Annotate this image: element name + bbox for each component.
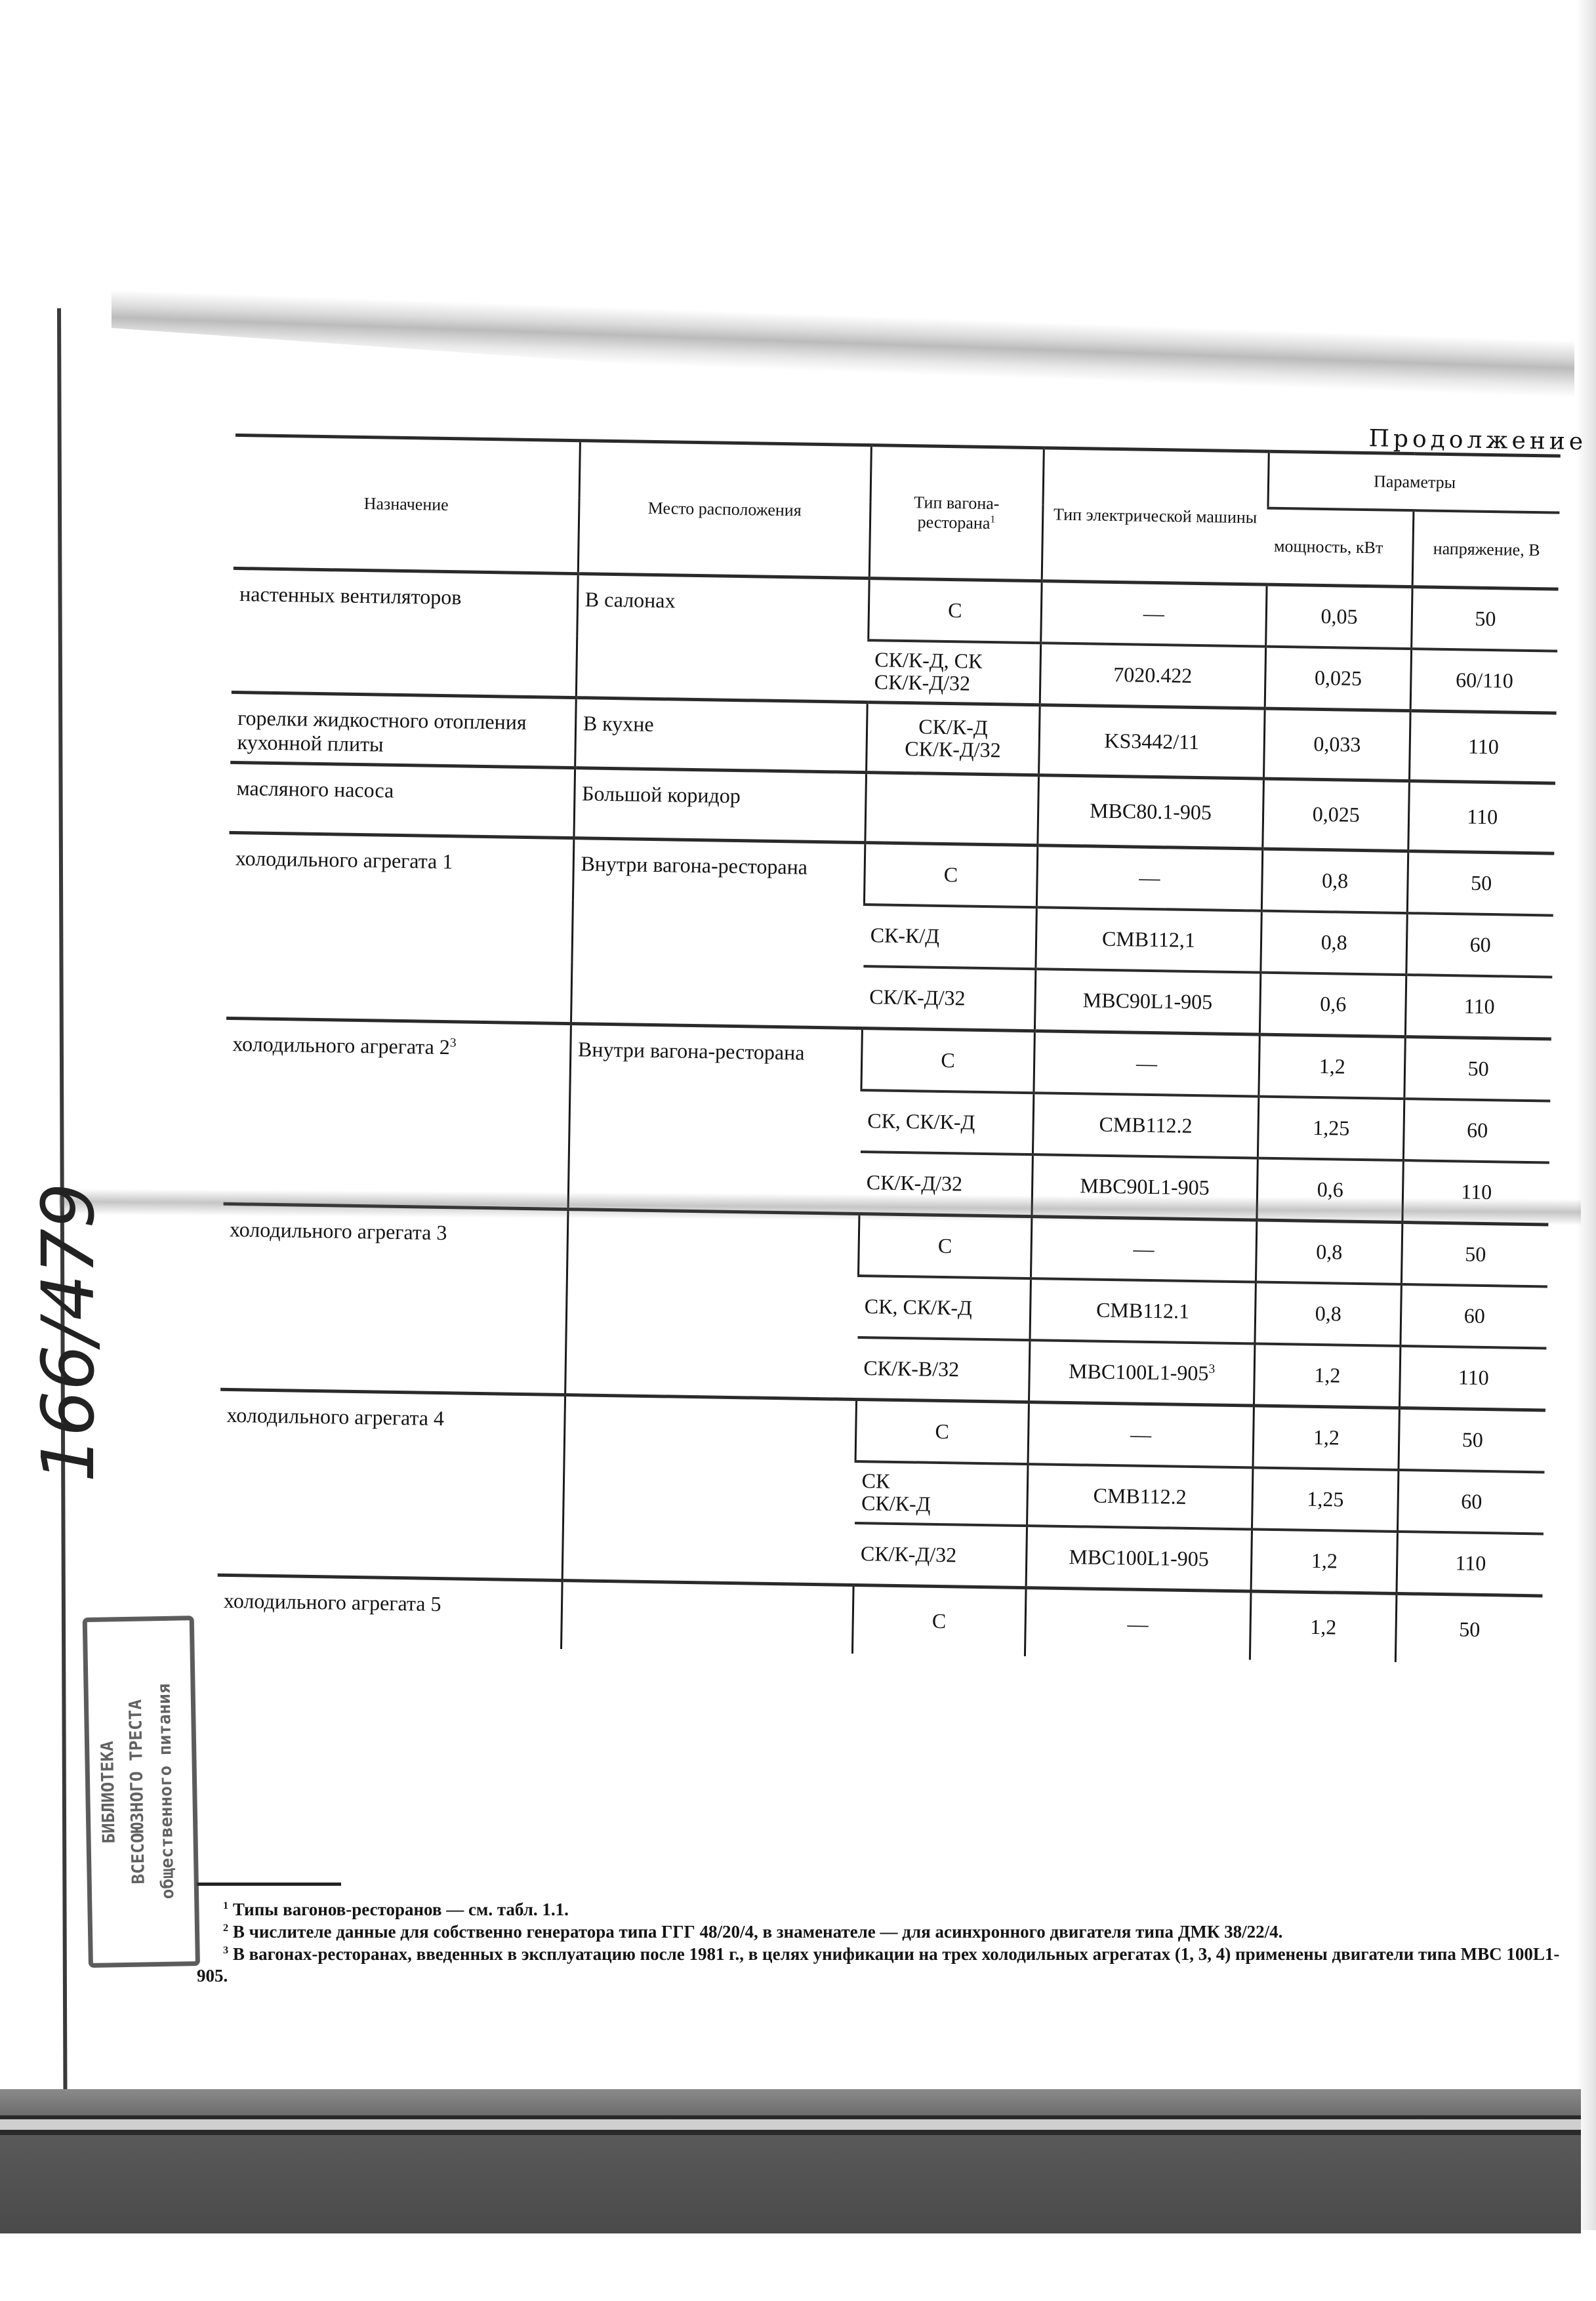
cell-machine-type: — [1034,1031,1260,1097]
cell-power: 0,025 [1263,779,1410,851]
cell-machine-type: CMB112.1 [1030,1278,1256,1343]
cell-machine-type: MBC80.1-905 [1038,775,1264,849]
cell-machine-type: — [1025,1588,1251,1660]
cell-voltage-text: 60 [1469,933,1491,956]
header-voltage: напряжение, В [1412,510,1559,589]
continuation-label: Продолжение [1368,425,1587,455]
cell-purpose: холодильного агрегата 4 [218,1389,565,1580]
cell-car-type-text: СК/К-Д/32 [867,1170,963,1195]
cell-power: 1,2 [1250,1591,1397,1662]
cell-car-type-text: СК СК/К-Д [861,1469,931,1516]
cell-car-type: С [861,1028,1034,1093]
cell-voltage-text: 110 [1455,1551,1486,1576]
cell-voltage: 50 [1404,1037,1551,1101]
cell-voltage: 50 [1396,1593,1543,1664]
cell-car-type-text: СК, СК/К-Д [867,1109,975,1134]
cell-voltage-text: 50 [1465,1242,1486,1266]
header-purpose: Назначение [234,435,580,573]
cell-car-type-text: СК/К-Д, СК СК/К-Д/32 [874,648,983,695]
cell-car-type-text: С [932,1609,947,1633]
cell-power-text: 0,05 [1320,604,1358,628]
cell-machine-type: — [1036,845,1263,911]
cell-power: 0,8 [1255,1282,1402,1346]
cell-purpose: холодильного агрегата 5 [216,1575,562,1649]
cell-car-type: С [855,1399,1029,1464]
cell-power: 1,25 [1258,1097,1404,1160]
cell-power-text: 1,2 [1319,1054,1345,1078]
cell-power-text: 0,8 [1315,1301,1342,1326]
cell-voltage: 50 [1412,587,1559,651]
cell-car-type: СК, СК/К-Д [857,1276,1031,1340]
cell-voltage: 110 [1410,711,1557,783]
cell-voltage: 60 [1404,1099,1551,1162]
header-parameters: Параметры [1268,451,1561,512]
footnote-mark: 1 [990,514,995,525]
scanner-rail [0,2115,1581,2135]
cell-voltage-text: 60 [1464,1304,1486,1328]
footnote-mark: 3 [1208,1362,1215,1376]
cell-machine-type: CMB112.2 [1033,1093,1259,1158]
cell-car-type-text: С [941,1048,955,1072]
cell-machine-type: MBC100L1-9053 [1029,1340,1255,1406]
cell-power: 0,033 [1264,708,1411,781]
cell-machine-type-text: — [1136,1051,1158,1075]
cell-voltage-text: 110 [1464,994,1495,1019]
cell-location: В кухне [575,698,867,773]
cell-car-type: СК/К-Д, СК СК/К-Д/32 [867,640,1040,705]
cell-car-type: СК, СК/К-Д [861,1090,1034,1154]
cell-power-text: 0,8 [1320,930,1347,954]
cell-power: 0,025 [1265,647,1412,711]
cell-voltage: 110 [1397,1532,1544,1596]
cell-machine-type-text: 7020.422 [1113,662,1193,687]
footnote-rule [197,1883,341,1886]
cell-power: 1,2 [1259,1034,1406,1099]
cell-purpose: настенных вентиляторов [232,568,578,697]
cell-power: 0,6 [1259,973,1406,1037]
purpose-text: холодильного агрегата 4 [226,1403,444,1430]
cell-voltage-text: 110 [1458,1366,1489,1390]
cell-car-type: СК/К-Д СК/К-Д/32 [867,703,1040,775]
footnote-mark: 2 [223,1922,228,1934]
cell-car-type: С [864,843,1037,908]
cell-power: 1,25 [1252,1467,1399,1531]
scan-right-edge [1576,0,1596,2230]
footnotes: 1 Типы вагонов-ресторанов — см. табл. 1.… [197,1883,1574,1987]
cell-voltage: 110 [1408,781,1555,853]
cell-machine-type-text: MBC90L1-905 [1083,988,1213,1014]
handwritten-inventory-number: 166/479 [26,1183,110,1482]
cell-voltage: 50 [1408,851,1555,916]
header-car-type: Тип вагона-ресторана1 [869,445,1044,581]
cell-purpose: холодильного агрегата 1 [226,832,574,1023]
cell-voltage: 60/110 [1410,649,1557,713]
cell-power-text: 1,2 [1311,1549,1338,1573]
footnote-text: Типы вагонов-ресторанов — см. табл. 1.1. [233,1900,569,1919]
cell-power: 1,2 [1253,1406,1400,1470]
cell-car-type: С [859,1214,1032,1279]
cell-machine-type-text: — [1139,866,1160,889]
cell-voltage-text: 50 [1459,1618,1481,1641]
cell-machine-type-text: CMB112.1 [1096,1298,1190,1323]
cell-location [565,1210,859,1400]
cell-voltage: 50 [1399,1408,1545,1472]
cell-voltage-text: 110 [1467,805,1498,829]
cell-voltage: 110 [1406,975,1553,1039]
header-location: Место расположения [578,441,872,579]
cell-location [562,1395,857,1585]
purpose-text: холодильного агрегата 1 [235,846,453,873]
cell-power: 0,8 [1256,1220,1402,1284]
cell-purpose: холодильного агрегата 3 [220,1204,568,1395]
table-body: настенных вентиляторовВ салонахС—0,0550С… [216,568,1559,1664]
cell-car-type: СК/К-В/32 [857,1337,1030,1402]
footnote-mark: 3 [450,1036,457,1050]
cell-machine-type-text: — [1133,1237,1155,1261]
cell-machine-type: CMB112,1 [1036,907,1262,972]
header-power: мощность, кВт [1267,508,1414,587]
footnote-1: 1 Типы вагонов-ресторанов — см. табл. 1.… [197,1899,1574,1921]
cell-voltage-text: 50 [1471,871,1492,895]
cell-car-type-text: С [938,1234,952,1257]
footnote-mark: 3 [223,1944,228,1956]
cell-machine-type-text: — [1130,1423,1152,1446]
scanner-bottom-band [0,2089,1581,2233]
cell-voltage: 60 [1401,1284,1547,1348]
cell-location: Большой коридор [574,768,867,843]
header-car-type-label: Тип вагона-ресторана [914,493,1000,533]
cell-purpose: холодильного агрегата 23 [224,1018,571,1209]
cell-power-text: 1,25 [1307,1487,1344,1511]
footnote-text: В вагонах-ресторанах, введенных в эксплу… [197,1944,1559,1986]
cell-power-text: 1,25 [1313,1116,1350,1140]
cell-machine-type: — [1031,1217,1257,1282]
cell-car-type-text: СК/К-Д/32 [869,985,966,1009]
cell-car-type: С [869,579,1042,643]
footnote-2: 2 В числителе данные для собственно гене… [197,1921,1574,1944]
cell-voltage-text: 60 [1467,1118,1488,1142]
cell-purpose: горелки жидкостного отопления кухонной п… [230,692,576,767]
cell-car-type [865,773,1038,845]
cell-power-text: 1,2 [1310,1615,1337,1639]
cell-car-type-text: СК/К-В/32 [863,1356,959,1381]
cell-machine-type: KS3442/11 [1038,705,1265,779]
footnote-text: В числителе данные для собственно генера… [233,1922,1283,1942]
purpose-text: холодильного агрегата 5 [224,1589,441,1616]
cell-power-text: 0,025 [1313,802,1361,826]
cell-power-text: 0,025 [1315,666,1362,690]
cell-power-text: 1,2 [1314,1363,1341,1387]
cell-machine-type-text: — [1127,1612,1149,1636]
footnote-mark: 1 [223,1900,228,1911]
cell-car-type: СК/К-Д/32 [863,966,1036,1031]
cell-voltage: 60 [1398,1470,1545,1534]
cell-location: Внутри вагона-ресторана [571,838,865,1028]
cell-power: 1,2 [1251,1529,1398,1593]
cell-power: 0,8 [1261,849,1408,913]
cell-car-type: СК-К/Д [863,905,1036,969]
page-top-fold-shadow [112,216,1574,430]
cell-car-type-text: С [948,598,962,622]
cell-power-text: 0,8 [1316,1240,1343,1264]
cell-voltage-text: 110 [1468,735,1499,759]
purpose-text: холодильного агрегата 3 [230,1217,447,1244]
cell-voltage-text: 50 [1467,1057,1489,1080]
cell-car-type-text: С [944,863,958,886]
cell-car-type: С [853,1585,1026,1656]
cell-machine-type: 7020.422 [1040,643,1266,708]
cell-car-type-text: СК/К-Д/32 [861,1541,957,1566]
cell-voltage-text: 60 [1461,1490,1483,1513]
cell-machine-type-text: CMB112,1 [1102,927,1196,952]
cell-machine-type: CMB112.2 [1027,1464,1253,1529]
library-stamp: БИБЛИОТЕКА ВСЕСОЮЗНОГО ТРЕСТА общественн… [83,1616,200,1968]
header-machine-type: Тип электрической машины [1042,448,1269,584]
cell-machine-type-text: MBC80.1-905 [1090,799,1212,825]
cell-power: 1,2 [1254,1344,1401,1408]
cell-location: В салонах [576,574,869,703]
cell-car-type-text: СК, СК/К-Д [865,1294,973,1320]
cell-machine-type: — [1028,1402,1254,1468]
stamp-line: общественного питания [149,1621,184,1963]
cell-car-type-text: СК/К-Д СК/К-Д/32 [905,715,1001,762]
cell-machine-type: MBC90L1-905 [1034,969,1261,1034]
purpose-text: холодильного агрегата 2 [232,1032,450,1059]
cell-machine-type-text: KS3442/11 [1104,729,1199,754]
cell-car-type: СК/К-Д/32 [853,1523,1027,1588]
cell-voltage-text: 50 [1475,607,1496,630]
cell-location: Внутри вагона-ресторана [568,1024,863,1214]
cell-machine-type-text: MBC100L1-905 [1069,1359,1209,1385]
cell-machine-type-text: CMB112.2 [1099,1112,1193,1137]
equipment-table: Назначение Место расположения Тип вагона… [216,434,1561,1665]
cell-machine-type-text: CMB112.2 [1093,1484,1187,1509]
cell-power-text: 1,2 [1313,1425,1340,1450]
cell-machine-type: MBC100L1-905 [1026,1526,1252,1591]
cell-machine-type-text: MBC100L1-905 [1069,1545,1209,1570]
cell-power-text: 0,6 [1320,992,1347,1016]
cell-car-type: СК СК/К-Д [855,1461,1028,1526]
cell-power: 0,05 [1266,584,1413,649]
cell-voltage-text: 60/110 [1456,668,1513,692]
cell-voltage-text: 50 [1462,1428,1484,1452]
purpose-text: горелки жидкостного отопления кухонной п… [237,706,527,756]
cell-power: 0,8 [1261,911,1408,975]
cell-power-text: 0,033 [1313,732,1361,756]
footnote-3: 3 В вагонах-ресторанах, введенных в эксп… [197,1944,1574,1988]
cell-location [561,1580,853,1653]
cell-machine-type: — [1040,581,1267,647]
purpose-text: масляного насоса [236,776,394,802]
cell-power-text: 0,8 [1322,868,1349,893]
cell-purpose: масляного насоса [229,762,575,838]
cell-voltage: 50 [1402,1223,1549,1287]
cell-car-type-text: СК-К/Д [870,923,939,948]
cell-machine-type-text: — [1143,601,1164,625]
cell-voltage: 60 [1406,913,1553,977]
cell-voltage: 110 [1400,1346,1547,1410]
purpose-text: настенных вентиляторов [239,582,462,609]
cell-car-type-text: С [935,1419,949,1443]
